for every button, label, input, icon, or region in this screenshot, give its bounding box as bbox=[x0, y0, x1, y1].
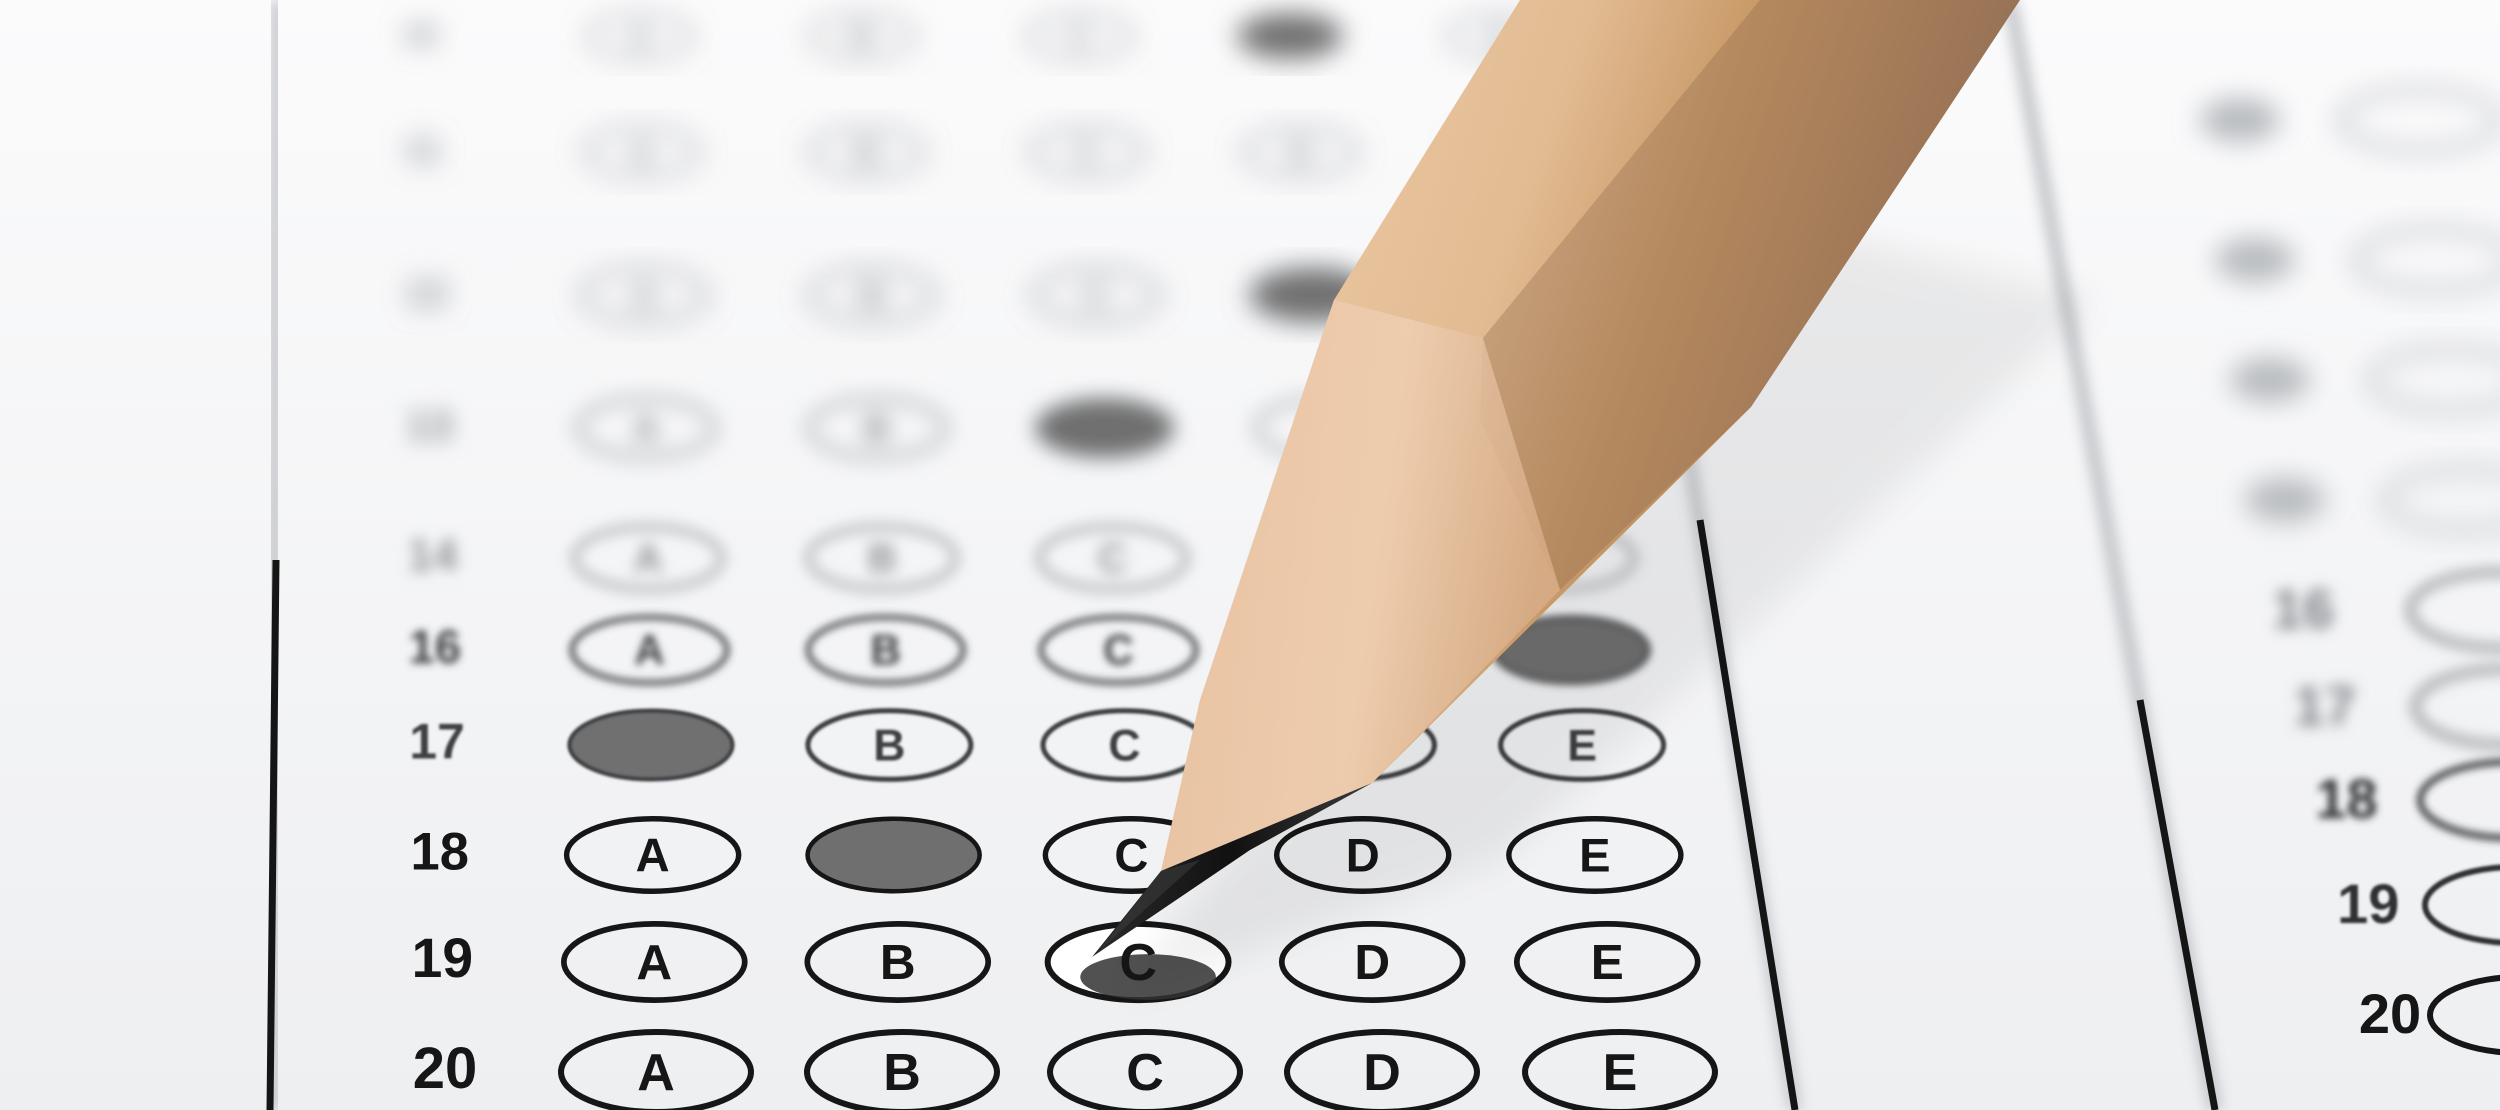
svg-text:A: A bbox=[636, 828, 670, 881]
svg-text:E: E bbox=[1603, 1044, 1638, 1102]
row-number: 17 bbox=[409, 714, 464, 770]
svg-text:C: C bbox=[1126, 1044, 1164, 1102]
row-number: 16 bbox=[2272, 577, 2334, 640]
row-number: 19 bbox=[2337, 872, 2399, 935]
svg-text:C: C bbox=[1103, 627, 1134, 674]
svg-text:B: B bbox=[870, 627, 901, 674]
row-number: 18 bbox=[2315, 767, 2377, 830]
svg-text:A: A bbox=[632, 277, 657, 315]
svg-text:D: D bbox=[1363, 1044, 1401, 1102]
svg-text:C: C bbox=[1098, 535, 1127, 581]
row-number: 20 bbox=[2359, 982, 2421, 1045]
row-number: 17 bbox=[2294, 674, 2356, 737]
svg-text:A: A bbox=[633, 407, 660, 449]
svg-text:A: A bbox=[637, 1044, 675, 1102]
bubble-a[interactable] bbox=[569, 711, 732, 780]
row-number: 11 bbox=[404, 131, 441, 170]
svg-text:B: B bbox=[864, 407, 891, 449]
svg-text:C: C bbox=[1070, 21, 1091, 53]
row-number: 18 bbox=[411, 822, 469, 881]
row-number: 14 bbox=[408, 529, 458, 580]
svg-text:B: B bbox=[855, 135, 878, 170]
row-number: 16 bbox=[408, 621, 461, 674]
svg-text:C: C bbox=[1076, 135, 1099, 170]
svg-text:A: A bbox=[630, 21, 651, 53]
svg-text:A: A bbox=[631, 135, 654, 170]
svg-text:E: E bbox=[1591, 935, 1624, 990]
svg-text:A: A bbox=[633, 535, 662, 581]
svg-text:B: B bbox=[852, 21, 873, 53]
row-number: 19 bbox=[412, 927, 473, 989]
row-number: 10 bbox=[402, 16, 437, 52]
answer-sheet-photo: 10ABCE11ABCD12ABCE13ABDE14ABCE16ABCD17BC… bbox=[0, 0, 2500, 1110]
svg-text:B: B bbox=[883, 1044, 921, 1102]
svg-text:B: B bbox=[880, 935, 916, 990]
bubble-d[interactable] bbox=[1238, 14, 1343, 58]
svg-text:A: A bbox=[636, 935, 672, 990]
row-number: 12 bbox=[405, 272, 448, 315]
svg-text:D: D bbox=[1289, 135, 1312, 170]
svg-text:D: D bbox=[1354, 935, 1390, 990]
row-number: 20 bbox=[413, 1036, 478, 1101]
svg-text:B: B bbox=[868, 535, 897, 581]
svg-text:A: A bbox=[634, 627, 665, 674]
svg-text:E: E bbox=[1579, 828, 1610, 881]
bubble-b[interactable] bbox=[808, 819, 980, 891]
row-number: 13 bbox=[406, 402, 452, 449]
svg-text:B: B bbox=[860, 277, 885, 315]
svg-text:C: C bbox=[1114, 828, 1148, 881]
svg-text:C: C bbox=[1108, 721, 1140, 770]
bubble-c[interactable] bbox=[1036, 399, 1173, 457]
svg-text:B: B bbox=[873, 721, 905, 770]
svg-text:C: C bbox=[1084, 277, 1109, 315]
